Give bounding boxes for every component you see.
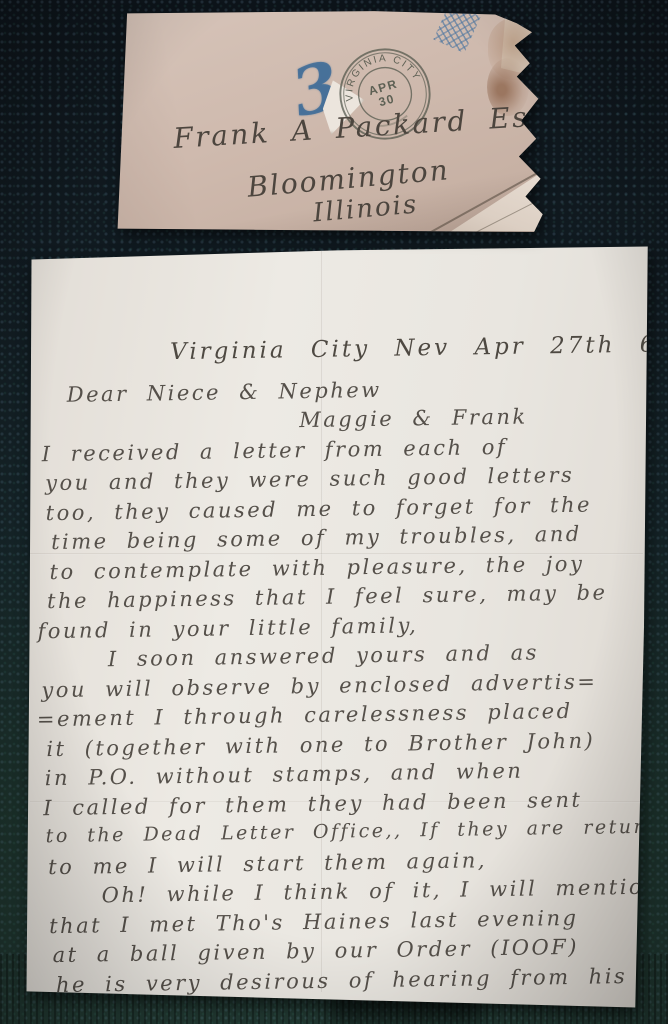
letter-paper: Virginia City Nev Apr 27th 68 Dear Niece…	[24, 245, 649, 1009]
letter-handwriting: Virginia City Nev Apr 27th 68 Dear Niece…	[22, 236, 659, 1003]
envelope-paper: 3 VIRGINIA CITY APR 30 Frank A Packard E…	[115, 10, 547, 232]
photo-scene: { "envelope": { "rate_mark": "3", "postm…	[0, 0, 668, 1024]
letter-dateline: Virginia City Nev Apr 27th 68	[170, 332, 641, 369]
envelope: 3 VIRGINIA CITY APR 30 Frank A Packard E…	[115, 10, 547, 232]
letter-page: Virginia City Nev Apr 27th 68 Dear Niece…	[24, 245, 649, 1009]
postmark-day: 30	[377, 91, 396, 109]
